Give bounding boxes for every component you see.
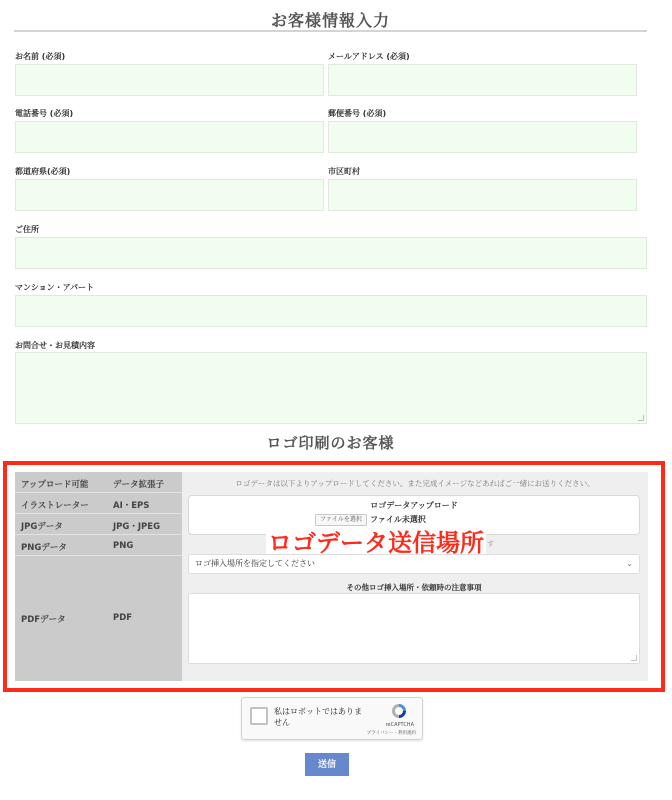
inquiry-label: お問合せ・お見積内容 xyxy=(15,340,95,351)
notes-label: その他ロゴ挿入場所・依頼時の注意事項 xyxy=(188,582,640,593)
format-ext: PDF xyxy=(113,613,132,623)
chevron-down-icon: ⌄ xyxy=(626,555,633,573)
postal-input[interactable] xyxy=(328,121,637,153)
format-type: PNGデータ xyxy=(21,541,67,553)
address-label: ご住所 xyxy=(15,224,39,235)
upload-instructions: ロゴデータは以下よりアップロードしてください。また完成イメージなどあればご一緒に… xyxy=(186,478,644,489)
postal-label: 郵便番号 (必須) xyxy=(328,108,386,119)
building-input[interactable] xyxy=(15,295,647,327)
address-input[interactable] xyxy=(15,237,647,269)
title-divider xyxy=(14,30,647,32)
format-table-row: イラストレーター AI・EPS xyxy=(15,493,182,514)
choose-file-button[interactable]: ファイルを選択 xyxy=(315,514,367,526)
prefecture-input[interactable] xyxy=(15,179,324,211)
inquiry-textarea[interactable] xyxy=(15,352,647,424)
submit-button[interactable]: 送信 xyxy=(305,753,349,776)
recaptcha-links[interactable]: プライバシー - 利用規約 xyxy=(367,730,416,736)
format-type: PDFデータ xyxy=(21,613,66,625)
phone-label: 電話番号 (必須) xyxy=(15,108,73,119)
prefecture-label: 都道府県(必須) xyxy=(15,166,70,177)
phone-input[interactable] xyxy=(15,121,324,153)
email-label: メールアドレス (必須) xyxy=(328,51,410,62)
recaptcha-widget: 私はロボットではありません reCAPTCHA プライバシー - 利用規約 xyxy=(241,697,423,740)
name-label: お名前 (必須) xyxy=(15,51,65,62)
name-input[interactable] xyxy=(15,64,324,96)
format-table-row: PDFデータ PDF xyxy=(15,556,182,681)
format-table-header: アップロード可能 データ拡張子 xyxy=(15,472,182,493)
format-table-row: PNGデータ PNG xyxy=(15,535,182,556)
upload-title: ロゴデータアップロード xyxy=(188,500,640,511)
format-ext: AI・EPS xyxy=(113,499,149,511)
file-status: ファイル未選択 xyxy=(370,514,426,525)
city-input[interactable] xyxy=(328,179,637,211)
logo-placement-select[interactable]: ロゴ挿入場所を指定してください ⌄ xyxy=(188,554,640,574)
format-table-row: JPGデータ JPG・JPEG xyxy=(15,514,182,535)
recaptcha-label: 私はロボットではありません xyxy=(274,706,369,728)
logo-section-title: ロゴ印刷のお客様 xyxy=(14,432,647,453)
recaptcha-logo-icon xyxy=(389,702,409,720)
logo-placement-selected: ロゴ挿入場所を指定してください xyxy=(195,559,315,568)
email-input[interactable] xyxy=(328,64,637,96)
city-label: 市区町村 xyxy=(328,166,360,177)
recaptcha-brand: reCAPTCHA xyxy=(386,722,414,728)
format-type: イラストレーター xyxy=(21,499,89,511)
recaptcha-checkbox[interactable] xyxy=(250,707,268,725)
format-type: JPGデータ xyxy=(21,520,63,532)
building-label: マンション・アパート xyxy=(15,282,94,293)
format-header-type: アップロード可能 xyxy=(21,478,88,490)
format-header-ext: データ拡張子 xyxy=(113,478,164,490)
format-ext: JPG・JPEG xyxy=(113,520,160,532)
format-ext: PNG xyxy=(113,541,133,551)
notes-textarea[interactable] xyxy=(188,593,640,664)
customer-info-title: お客様情報入力 xyxy=(14,8,647,32)
